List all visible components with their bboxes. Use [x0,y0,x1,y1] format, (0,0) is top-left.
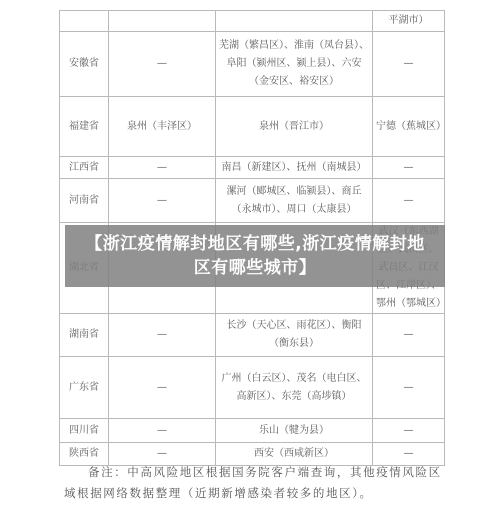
province-cell: 湖南省 [60,314,109,357]
cell-col2: — [109,157,216,179]
province-cell [60,11,109,32]
cell-col4: — [373,179,445,223]
table-row: 湖南省 — 长沙（天心区、雨花区）、衡阳（衡东县） — [60,314,445,357]
cell-col3: 乐山（犍为县） [216,419,373,443]
cell-col3: 芜湖（繁昌区）、淮南（凤台县）、阜阳（颍州区、颍上县）、六安（金安区、裕安区） [216,32,373,97]
province-cell: 江西省 [60,157,109,179]
cell-col2: 泉州（丰泽区） [109,97,216,157]
table-row: 四川省 — 乐山（犍为县） — [60,419,445,443]
province-cell: 福建省 [60,97,109,157]
table-row: 福建省 泉州（丰泽区） 泉州（晋江市） 宁德（蕉城区） [60,97,445,157]
cell-col4: — [373,32,445,97]
title-banner: 【浙江疫情解封地区有哪些,浙江疫情解封地区有哪些城市】 [65,225,445,287]
table-row: 河南省 — 漯河（郾城区、临颍县）、商丘（永城市）、周口（太康县） — [60,179,445,223]
footnote-text: 备注：中高风险地区根据国务院客户端查询，其他疫情风险区域根据网络数据整理（近期新… [64,465,442,500]
province-cell: 四川省 [60,419,109,443]
table-row: 安徽省 — 芜湖（繁昌区）、淮南（凤台县）、阜阳（颍州区、颍上县）、六安（金安区… [60,32,445,97]
cell-col2: — [109,419,216,443]
cell-col3 [216,11,373,32]
cell-col3: 广州（白云区）、茂名（电白区、高新区）、东莞（高埗镇） [216,357,373,419]
cell-col3: 南昌（新建区）、抚州（南城县） [216,157,373,179]
cell-col3: 泉州（晋江市） [216,97,373,157]
table-row: 平湖市） [60,11,445,32]
cell-col4: — [373,314,445,357]
banner-title: 【浙江疫情解封地区有哪些,浙江疫情解封地区有哪些城市】 [85,232,425,280]
footnote: 备注：中高风险地区根据国务院客户端查询，其他疫情风险区域根据网络数据整理（近期新… [64,462,454,504]
cell-col2: — [109,357,216,419]
cell-col4: — [373,419,445,443]
table-row: 广东省 — 广州（白云区）、茂名（电白区、高新区）、东莞（高埗镇） — [60,357,445,419]
cell-col4: — [373,157,445,179]
cell-col4: 平湖市） [373,11,445,32]
cell-col2: — [109,32,216,97]
province-cell: 安徽省 [60,32,109,97]
cell-col4: — [373,357,445,419]
cell-col3: 长沙（天心区、雨花区）、衡阳（衡东县） [216,314,373,357]
cell-col2: — [109,179,216,223]
cell-col3: 漯河（郾城区、临颍县）、商丘（永城市）、周口（太康县） [216,179,373,223]
province-cell: 河南省 [60,179,109,223]
cell-col2 [109,11,216,32]
table-row: 江西省 — 南昌（新建区）、抚州（南城县） — [60,157,445,179]
province-cell: 广东省 [60,357,109,419]
cell-col2: — [109,314,216,357]
cell-col4: 宁德（蕉城区） [373,97,445,157]
